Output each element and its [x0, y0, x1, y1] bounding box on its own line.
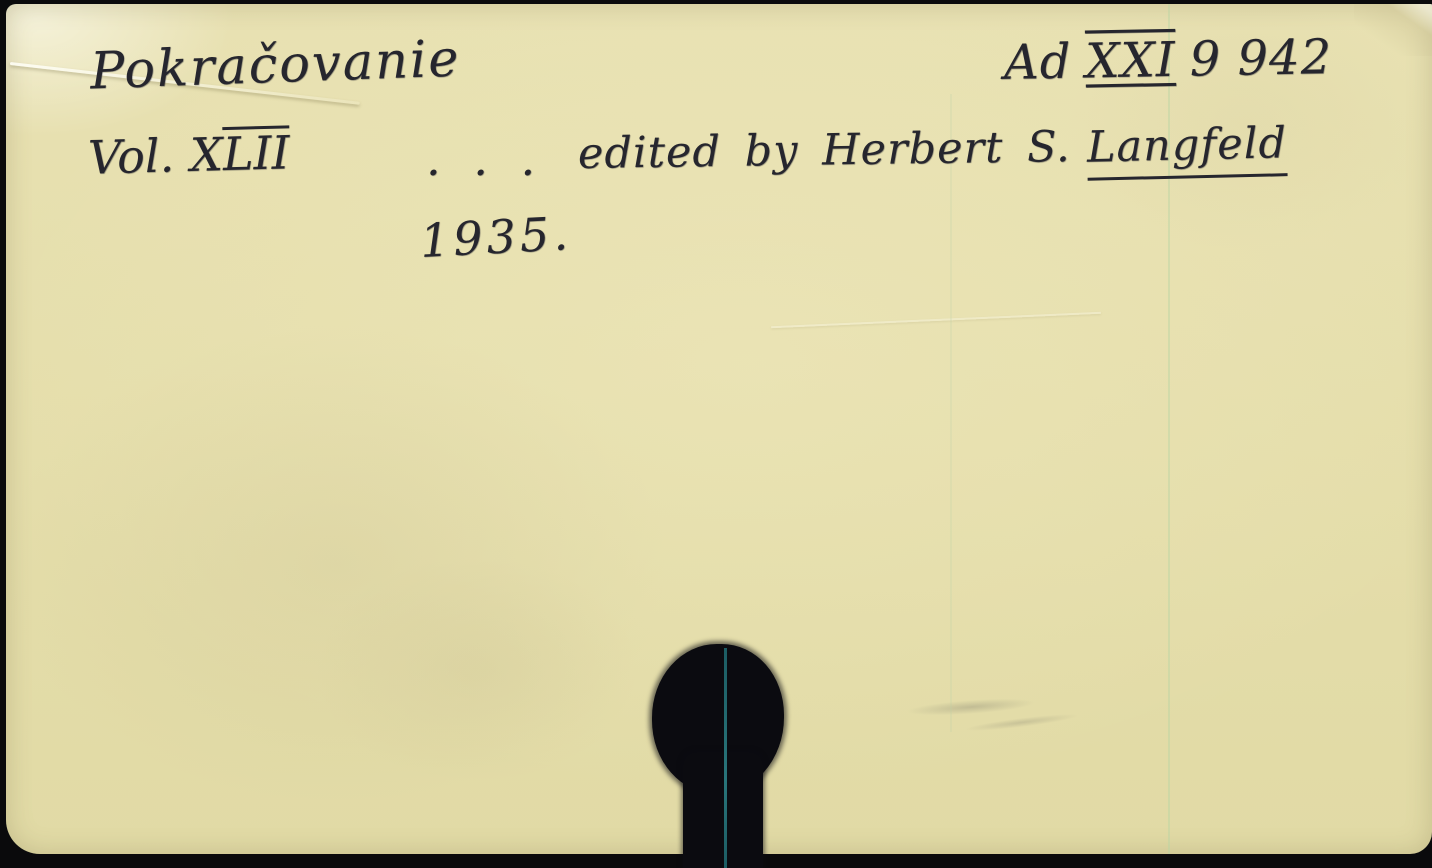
continuation-note: Pokračovanie [89, 30, 461, 102]
edited-by-line: edited by Herbert S.Langfeld [578, 119, 1288, 187]
editor-surname: Langfeld [1086, 118, 1287, 181]
scan-artifact-line [950, 94, 952, 732]
publication-year: 1935. [419, 206, 573, 268]
edited-by-text: edited by Herbert S. [578, 122, 1071, 179]
call-number-digits: 9 942 [1189, 29, 1332, 87]
call-number-prefix: Ad [1004, 34, 1072, 91]
call-number-roman-numeral: XXI [1085, 32, 1176, 90]
dog-ear-corner [1354, 4, 1432, 56]
call-number: AdXXI9 942 [1004, 29, 1333, 91]
volume-label: Vol. [87, 128, 174, 184]
scanner-background: { "document_type": "handwritten-library-… [0, 0, 1432, 864]
catalog-card: Pokračovanie AdXXI9 942 Vol.XLII . . . e… [6, 4, 1432, 854]
volume-statement: Vol.XLII [87, 125, 290, 184]
pencil-smudge [906, 695, 1037, 718]
ellipsis-dots: . . . [426, 132, 544, 186]
pencil-smudge [964, 711, 1079, 734]
scan-artifact-teal-line [724, 648, 727, 864]
volume-roman-numeral: X [189, 127, 223, 182]
volume-roman-numeral-overlined: LII [222, 125, 290, 178]
paper-crease-middle [771, 312, 1101, 328]
punch-hole-slot [683, 752, 763, 864]
